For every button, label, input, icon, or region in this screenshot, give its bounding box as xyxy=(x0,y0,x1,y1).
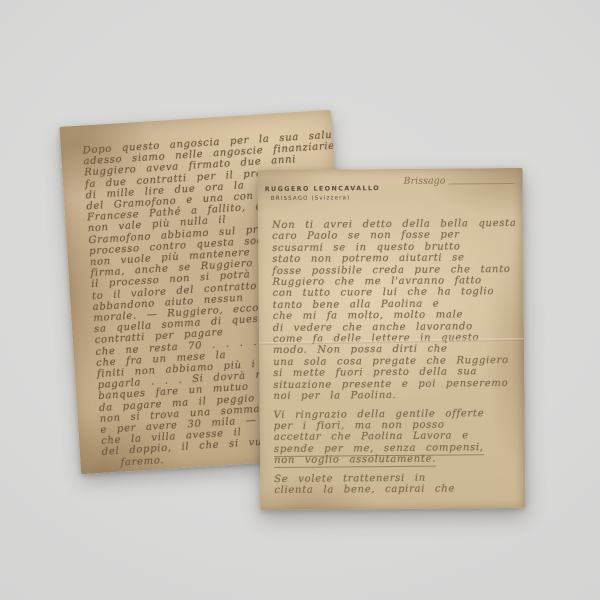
letterhead-location: BRISSAGO (Svizzera) xyxy=(271,195,380,202)
letter-page-right: RUGGERO LEONCAVALLO BRISSAGO (Svizzera) … xyxy=(258,168,526,510)
photo-background: Dopo questo angoscia per la sua salutead… xyxy=(0,0,600,600)
dateline-place: Brissago xyxy=(396,175,449,186)
dateline-rule xyxy=(448,182,514,185)
handwriting-line: situazione presente e poi penseremo xyxy=(273,378,520,392)
letterhead: RUGGERO LEONCAVALLO BRISSAGO (Svizzera) xyxy=(265,184,381,202)
right-letter-body: Non ti avrei detto della bella questacar… xyxy=(272,218,521,496)
letterhead-name: RUGGERO LEONCAVALLO xyxy=(265,184,380,193)
dateline: Brissago xyxy=(396,175,515,187)
handwriting-line: clienta la bene, capirai che xyxy=(274,483,521,497)
handwriting-line: noi per la Paolina. xyxy=(273,389,520,403)
handwriting-line: non voglio assolutamente. xyxy=(274,453,521,467)
